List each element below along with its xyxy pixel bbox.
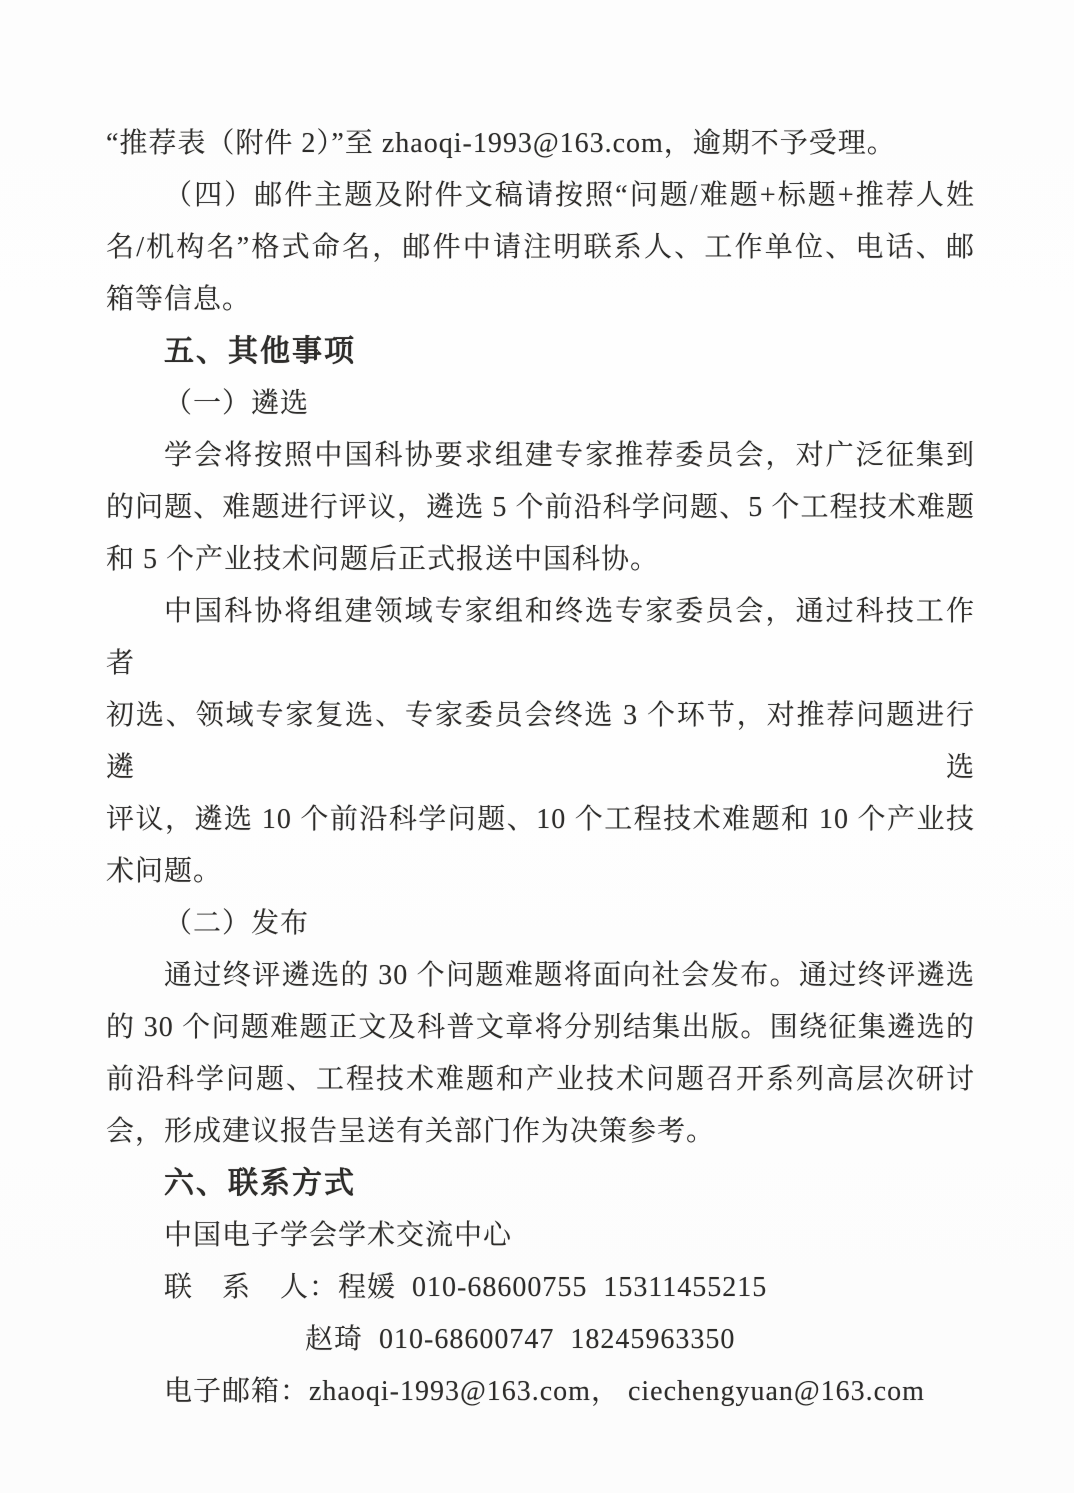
- line-publish-para-4: 会，形成建议报告呈送有关部门作为决策参考。: [106, 1106, 975, 1158]
- line-sub1-selection-label: （一）遴选: [106, 378, 975, 430]
- line-contact-person-1: 联 系 人：程媛 010-68600755 15311455215: [106, 1262, 975, 1314]
- line-cast-para-3: 评议，遴选 10 个前沿科学问题、10 个工程技术难题和 10 个产业技: [106, 794, 975, 846]
- line-contact-org: 中国电子学会学术交流中心: [106, 1210, 975, 1262]
- line-item4-mail-subject-2: 名/机构名”格式命名，邮件中请注明联系人、工作单位、电话、邮: [106, 222, 975, 274]
- line-selection-para-2: 的问题、难题进行评议，遴选 5 个前沿科学问题、5 个工程技术难题: [106, 482, 975, 534]
- line-cast-para-2: 初选、领域专家复选、专家委员会终选 3 个环节，对推荐问题进行遴选: [106, 690, 975, 794]
- line-contact-email: 电子邮箱：zhaoqi-1993@163.com， ciechengyuan@1…: [106, 1366, 975, 1418]
- line-cast-para-1: 中国科协将组建领域专家组和终选专家委员会，通过科技工作者: [106, 586, 975, 690]
- line-selection-para-1: 学会将按照中国科协要求组建专家推荐委员会，对广泛征集到: [106, 430, 975, 482]
- line-sub2-publish-label: （二）发布: [106, 898, 975, 950]
- document-text: “推荐表（附件 2）”至 zhaoqi-1993@163.com，逾期不予受理。…: [106, 118, 975, 1418]
- line-item4-mail-subject-3: 箱等信息。: [106, 274, 975, 326]
- line-publish-para-1: 通过终评遴选的 30 个问题难题将面向社会发布。通过终评遴选: [106, 950, 975, 1002]
- line-contact-person-2: 赵琦 010-68600747 18245963350: [106, 1314, 975, 1366]
- document-page: “推荐表（附件 2）”至 zhaoqi-1993@163.com，逾期不予受理。…: [0, 0, 1074, 1493]
- line-cast-para-4: 术问题。: [106, 846, 975, 898]
- line-item4-mail-subject-1: （四）邮件主题及附件文稿请按照“问题/难题+标题+推荐人姓: [106, 170, 975, 222]
- heading-section-5-other-matters: 五、其他事项: [106, 326, 975, 378]
- heading-section-6-contact: 六、联系方式: [106, 1158, 975, 1210]
- line-continuation-email-deadline: “推荐表（附件 2）”至 zhaoqi-1993@163.com，逾期不予受理。: [106, 118, 975, 170]
- line-selection-para-3: 和 5 个产业技术问题后正式报送中国科协。: [106, 534, 975, 586]
- line-publish-para-2: 的 30 个问题难题正文及科普文章将分别结集出版。围绕征集遴选的: [106, 1002, 975, 1054]
- line-publish-para-3: 前沿科学问题、工程技术难题和产业技术问题召开系列高层次研讨: [106, 1054, 975, 1106]
